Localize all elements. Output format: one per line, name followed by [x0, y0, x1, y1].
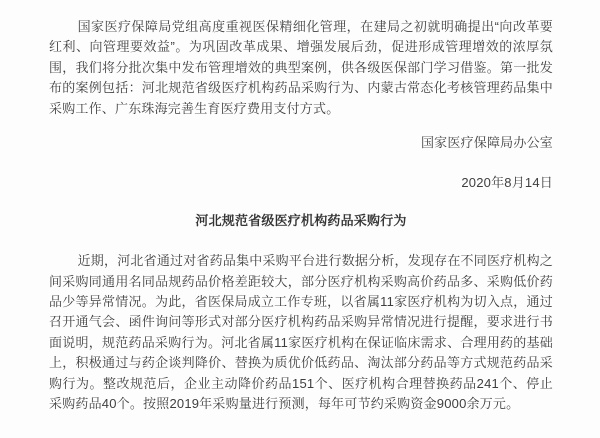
- document-page: 国家医疗保障局党组高度重视医保精细化管理，在建局之初就明确提出“向改革要红利、向…: [0, 0, 600, 438]
- intro-paragraph: 国家医疗保障局党组高度重视医保精细化管理，在建局之初就明确提出“向改革要红利、向…: [49, 17, 553, 119]
- body-paragraph: 近期，河北省通过对省药品集中采购平台进行数据分析，发现存在不同医疗机构之间采购同…: [49, 251, 553, 414]
- date-line: 2020年8月14日: [49, 173, 553, 193]
- section-title: 河北规范省级医疗机构药品采购行为: [49, 211, 553, 231]
- signature-line: 国家医疗保障局办公室: [49, 133, 553, 153]
